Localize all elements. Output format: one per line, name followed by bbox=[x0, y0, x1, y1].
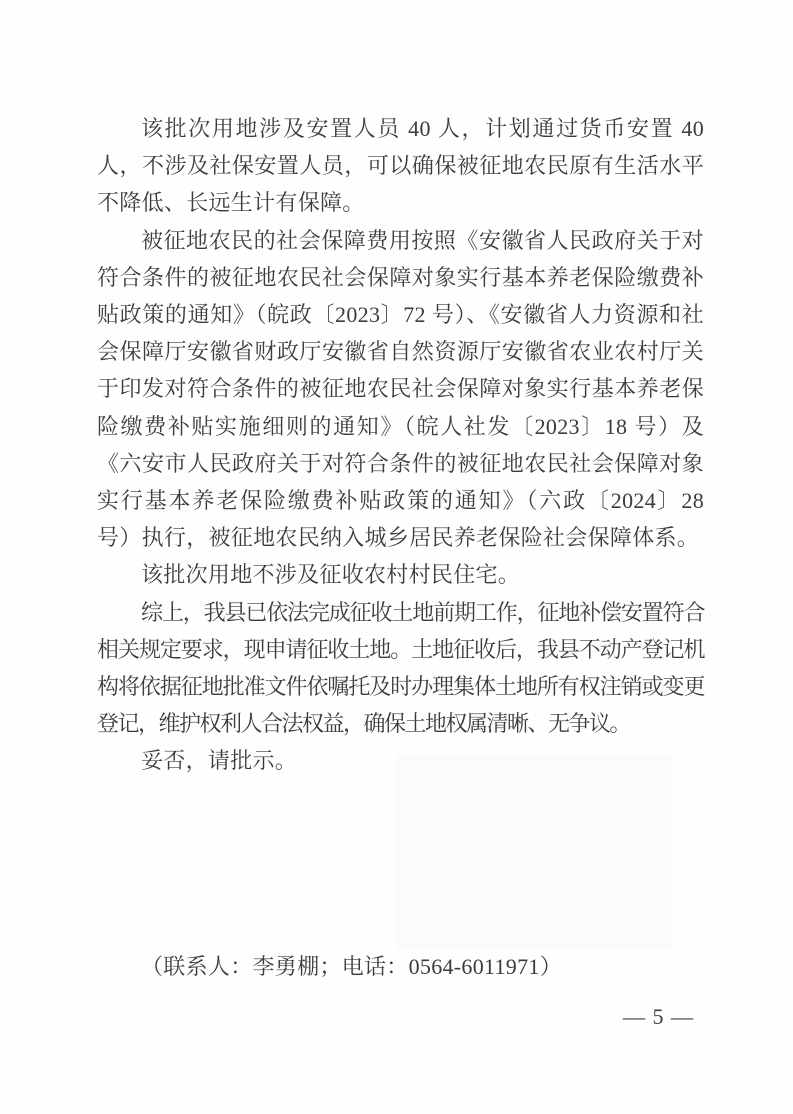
scanned-document-page: 该批次用地涉及安置人员 40 人，计划通过货币安置 40 人，不涉及社保安置人员… bbox=[0, 0, 793, 1114]
paragraph-no-rural-housing: 该批次用地不涉及征收农村村民住宅。 bbox=[97, 556, 704, 593]
document-body: 该批次用地涉及安置人员 40 人，计划通过货币安置 40 人，不涉及社保安置人员… bbox=[97, 110, 704, 985]
paragraph-conclusion-request: 综上，我县已依法完成征收土地前期工作，征地补偿安置符合相关规定要求，现申请征收土… bbox=[97, 594, 704, 743]
paragraph-approval-request: 妥否，请批示。 bbox=[97, 742, 704, 779]
paragraph-social-security-policy: 被征地农民的社会保障费用按照《安徽省人民政府关于对符合条件的被征地农民社会保障对… bbox=[97, 222, 704, 557]
contact-line: （联系人：李勇棚；电话：0564-6011971） bbox=[97, 948, 704, 985]
paragraph-resettlement-summary: 该批次用地涉及安置人员 40 人，计划通过货币安置 40 人，不涉及社保安置人员… bbox=[97, 110, 704, 222]
page-number: — 5 — bbox=[623, 1002, 694, 1032]
